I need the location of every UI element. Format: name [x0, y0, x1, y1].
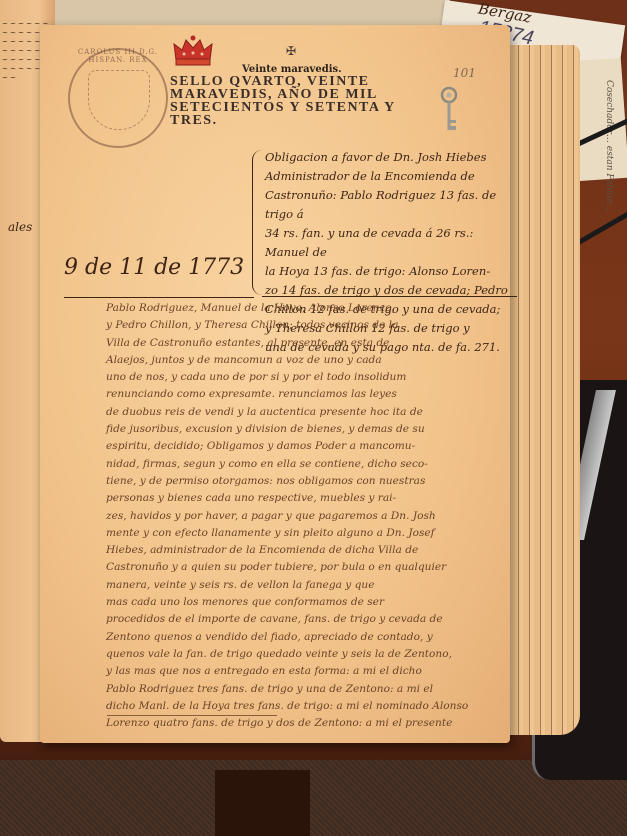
margin-line: Castronuño: Pablo Rodriguez 13 fas. de t… — [265, 186, 520, 224]
margin-line: zo 14 fas. de trigo y dos de cevada; Ped… — [265, 281, 520, 300]
body-line: Lorenzo quatro fans. de trigo y dos de Z… — [106, 715, 518, 732]
body-text: Pablo Rodriguez, Manuel de la Hoya, Alon… — [106, 300, 518, 732]
date-underline — [64, 297, 254, 298]
body-line: Villa de Castronuño estantes, al present… — [106, 335, 518, 352]
date-entry: 9 de 11 de 1773 — [64, 255, 244, 280]
body-line: procedidos de el importe de cavane, fans… — [106, 611, 518, 628]
body-line: fide jusoribus, excusion y division de b… — [106, 421, 518, 438]
body-line: nidad, firmas, segun y como en ella se c… — [106, 456, 518, 473]
margin-line: la Hoya 13 fas. de trigo: Alonso Loren- — [265, 262, 520, 281]
body-line: de duobus reis de vendi y la auctentica … — [106, 404, 518, 421]
coat-of-arms — [88, 70, 150, 130]
margin-line: Obligacion a favor de Dn. Josh Hiebes — [265, 148, 520, 167]
folio-number: 101 — [453, 66, 476, 80]
body-line: Alaejos, juntos y de mancomun a voz de u… — [106, 352, 518, 369]
closing-rule — [107, 715, 277, 716]
margin-line: 34 rs. fan. y una de cevada á 26 rs.: Ma… — [265, 224, 520, 262]
crown-icon — [172, 34, 214, 68]
body-line: espiritu, decidido; Obligamos y damos Po… — [106, 438, 518, 455]
body-line: quenos vale la fan. de trigo quedado vei… — [106, 646, 518, 663]
body-line: dicho Manl. de la Hoya tres fans. de tri… — [106, 698, 518, 715]
body-line: manera, veinte y seis rs. de vellon la f… — [106, 577, 518, 594]
key-icon — [438, 86, 460, 134]
body-line: uno de nos, y cada uno de por si y por e… — [106, 369, 518, 386]
cross-icon: ✠ — [286, 44, 296, 58]
seal-stamp-icon: CAROLUS III D.G. HISPAN. REX — [68, 48, 168, 148]
body-line: personas y bienes cada uno respective, m… — [106, 490, 518, 507]
fabric-lap — [0, 760, 627, 836]
body-line: y las mas que nos a entregado en esta fo… — [106, 663, 518, 680]
body-line: mente y con efecto llanamente y sin plei… — [106, 525, 518, 542]
note-underline — [262, 296, 517, 297]
stamp-line-4: TRES. — [170, 114, 440, 127]
body-line: y Pedro Chillon, y Theresa Chillon; todo… — [106, 317, 518, 334]
body-line: Hiebes, administrador de la Encomienda d… — [106, 542, 518, 559]
body-line: Pablo Rodriguez tres fans. de trigo y un… — [106, 681, 518, 698]
paper-under-book — [50, 0, 450, 26]
body-line: renunciando como expresamte. renunciamos… — [106, 386, 518, 403]
body-line: Zentono quenos a vendido del fiado, apre… — [106, 629, 518, 646]
margin-line: Administrador de la Encomienda de — [265, 167, 520, 186]
shadow-gap — [215, 770, 310, 836]
body-line: tiene, y de permiso otorgamos: nos oblig… — [106, 473, 518, 490]
body-line: Castronuño y a quien su poder tubiere, p… — [106, 559, 518, 576]
body-line: zes, havidos y por haver, a pagar y que … — [106, 508, 518, 525]
body-line: Pablo Rodriguez, Manuel de la Hoya, Alon… — [106, 300, 518, 317]
body-line: mas cada uno los menores que conformamos… — [106, 594, 518, 611]
facing-page-word: ales — [8, 220, 32, 234]
side-note-text: Cosechador… estan Fabian… — [575, 80, 615, 213]
stamp-text: SELLO QVARTO, VEINTE MARAVEDIS, AÑO DE M… — [170, 75, 440, 127]
seal-legend: CAROLUS III D.G. HISPAN. REX — [70, 48, 166, 64]
